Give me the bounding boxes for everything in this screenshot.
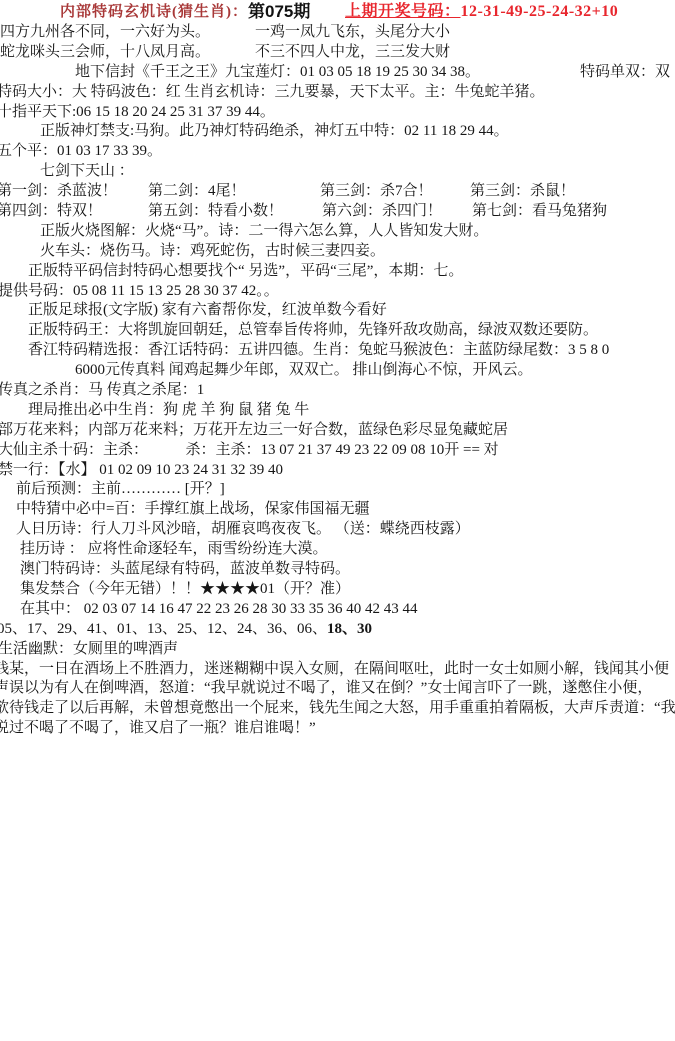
text-line: 七剑下天山 ：	[40, 162, 675, 182]
text-segment: 中特猜中必中=百：手撑红旗上战场，保家伟国福无疆	[16, 501, 369, 517]
text-segment: 火车头：烧伤马。诗：鸡死蛇伤，古时候三妻四妾。	[40, 243, 385, 259]
text-line: 正版足球报(文字版) 家有六畜帮你发，红波单数今看好	[28, 301, 675, 321]
text-line: 集发禁合（今年无错）！！★★★★01（开？准）	[20, 580, 675, 600]
text-segment: 蛇龙咪头三会师，十八凤月高。	[0, 44, 210, 60]
text-line: 正版神灯禁支:马狗。此乃神灯特码绝杀，神灯五中特：02 11 18 29 44。	[40, 122, 675, 142]
text-segment: 禁一行：【水】 01 02 09 10 23 24 31 32 39 40	[0, 462, 283, 478]
text-line: 正版特码王：大将凯旋回朝廷，总管奉旨传将帅，先锋歼敌攻勋高，绿波双数还要防。	[28, 321, 675, 341]
text-line: 挂历诗 ： 应将性命逐轻车，雨雪纷纷连大漠。	[20, 540, 675, 560]
content-lines: 四方九州各不同，一六好为头。一鸡一凤九飞东，头尾分大小蛇龙咪头三会师，十八凤月高…	[0, 23, 675, 739]
text-line: 地下信封《千王之王》九宝莲灯：01 03 05 18 19 25 30 34 3…	[75, 63, 675, 83]
text-segment: 正版火烧图解：火烧“马”。诗：二一得六怎么算，人人皆知发大财。	[40, 223, 488, 239]
text-line: 特码大小：大 特码波色：红 生肖玄机诗：三九要暴，天下太平。主：牛兔蛇羊猪。	[0, 83, 675, 103]
text-line: 说过不喝了不喝了，谁又启了一瓶？谁启谁喝！”	[0, 719, 675, 739]
text-segment: 部万花来料；内部万花来料；万花开左边三一好合数，蓝绿色彩尽显兔藏蛇居	[0, 422, 508, 438]
issue-number: 第075期	[248, 2, 310, 22]
text-segment: 第四剑：特双！	[0, 202, 102, 222]
text-segment: 第三剑：杀鼠！	[470, 182, 575, 202]
text-segment: 一鸡一凤九飞东，头尾分大小	[255, 23, 450, 43]
text-line: 正版火烧图解：火烧“马”。诗：二一得六怎么算，人人皆知发大财。	[40, 222, 675, 242]
text-line: 香江特码精选报：香江话特码：五讲四德。生肖：兔蛇马猴波色：主蓝防绿尾数：3 5 …	[28, 341, 675, 361]
text-line: 澳门特码诗：头蓝尾绿有特码，蓝波单数寻特码。	[20, 560, 675, 580]
text-segment: 第二剑：4尾！	[148, 182, 246, 202]
text-line: 理局推出必中生肖：狗 虎 羊 狗 鼠 猪 兔 牛	[28, 401, 675, 421]
text-line: 传真之杀肖：马 传真之杀尾：1	[0, 381, 675, 401]
text-segment: 在其中： 02 03 07 14 16 47 22 23 26 28 30 33…	[20, 601, 418, 617]
text-segment: 传真之杀肖：马 传真之杀尾：1	[0, 382, 204, 398]
text-segment: 七剑下天山 ：	[40, 163, 134, 179]
text-line: 6000元传真料 闻鸡起舞少年郎，双双亡。 排山倒海心不惊，开风云。	[75, 361, 675, 381]
text-line: 蛇龙咪头三会师，十八凤月高。不三不四人中龙，三三发大财	[0, 43, 675, 63]
text-segment: 人日历诗：行人刀斗风沙暗，胡雁哀鸣夜夜飞。 （送：蝶绕西枝露）	[16, 521, 470, 537]
text-segment: 十指平天下:06 15 18 20 24 25 31 37 39 44。	[0, 104, 275, 120]
text-segment: 声误以为有人在倒啤酒，怒道：“我早就说过不喝了，谁又在倒？”女士闻言吓了一跳，遂…	[0, 680, 652, 696]
text-line: 大仙主杀十码：主杀： 杀：主杀：13 07 21 37 49 23 22 09 …	[0, 441, 675, 461]
text-segment: 第一剑：杀蓝波！	[0, 182, 117, 202]
text-line: 提供号码：05 08 11 15 13 25 28 30 37 42。。	[0, 282, 675, 302]
text-segment: 提供号码：05 08 11 15 13 25 28 30 37 42。。	[0, 283, 279, 299]
text-segment: 6000元传真料 闻鸡起舞少年郎，双双亡。 排山倒海心不惊，开风云。	[75, 362, 533, 378]
text-line: 生活幽默：女厕里的啤酒声	[0, 640, 675, 660]
text-line: 第四剑：特双！第五剑：特看小数！第六剑：杀四门！第七剑：看马兔猪狗	[0, 202, 675, 222]
text-segment: 第五剑：特看小数！	[148, 202, 283, 222]
text-line: 火车头：烧伤马。诗：鸡死蛇伤，古时候三妻四妾。	[40, 242, 675, 262]
header-left-title: 内部特码玄机诗(猜生肖)：	[60, 3, 248, 23]
text-line: 声误以为有人在倒啤酒，怒道：“我早就说过不喝了，谁又在倒？”女士闻言吓了一跳，遂…	[0, 679, 675, 699]
text-line: 正版特平码信封特码心想要找个“ 另选”，平码“三尾”，本期：七。	[28, 262, 675, 282]
text-segment: 正版足球报(文字版) 家有六畜帮你发，红波单数今看好	[28, 302, 387, 318]
text-segment: 前后预测：主前………… [开？]	[16, 481, 225, 497]
text-segment: 钱某，一日在酒场上不胜酒力，迷迷糊糊中误入女厕，在隔间呕吐，此时一女士如厕小解，…	[0, 661, 669, 677]
text-segment: 第七剑：看马兔猪狗	[472, 202, 607, 222]
text-segment: 欲待钱走了以后再解，未曾想竟憋出一个屁来，钱先生闻之大怒，用手重重拍着隔板，大声…	[0, 700, 675, 716]
lottery-tip-sheet: 内部特码玄机诗(猜生肖)： 第075期 上期开奖号码：12-31-49-25-2…	[0, 0, 675, 1041]
text-line: 四方九州各不同，一六好为头。一鸡一凤九飞东，头尾分大小	[0, 23, 675, 43]
text-segment: 特码大小：大 特码波色：红 生肖玄机诗：三九要暴，天下太平。主：牛兔蛇羊猪。	[0, 84, 545, 100]
text-line: 五个平：01 03 17 33 39。	[0, 142, 675, 162]
text-segment: 地下信封《千王之王》九宝莲灯：01 03 05 18 19 25 30 34 3…	[75, 64, 480, 80]
text-line: 禁一行：【水】 01 02 09 10 23 24 31 32 39 40	[0, 461, 675, 481]
text-line: 第一剑：杀蓝波！第二剑：4尾！第三剑：杀7合！第三剑：杀鼠！	[0, 182, 675, 202]
previous-draw-result: 上期开奖号码：12-31-49-25-24-32+10	[345, 2, 618, 22]
text-line: 05、17、29、41、01、13、25、12、24、36、06、18、30	[0, 620, 675, 640]
previous-draw-numbers: 12-31-49-25-24-32+10	[461, 3, 619, 20]
text-line: 部万花来料；内部万花来料；万花开左边三一好合数，蓝绿色彩尽显兔藏蛇居	[0, 421, 675, 441]
text-line: 钱某，一日在酒场上不胜酒力，迷迷糊糊中误入女厕，在隔间呕吐，此时一女士如厕小解，…	[0, 660, 675, 680]
text-segment: 第六剑：杀四门！	[322, 202, 442, 222]
text-segment: 正版特码王：大将凯旋回朝廷，总管奉旨传将帅，先锋歼敌攻勋高，绿波双数还要防。	[28, 322, 598, 338]
text-segment: 正版神灯禁支:马狗。此乃神灯特码绝杀，神灯五中特：02 11 18 29 44。	[40, 123, 509, 139]
text-segment: 不三不四人中龙，三三发大财	[255, 43, 450, 63]
text-segment: 生活幽默：女厕里的啤酒声	[0, 641, 178, 657]
text-segment: 大仙主杀十码：主杀： 杀：主杀：13 07 21 37 49 23 22 09 …	[0, 442, 499, 458]
text-line: 中特猜中必中=百：手撑红旗上战场，保家伟国福无疆	[16, 500, 675, 520]
text-line: 前后预测：主前………… [开？]	[16, 480, 675, 500]
text-line: 欲待钱走了以后再解，未曾想竟憋出一个屁来，钱先生闻之大怒，用手重重拍着隔板，大声…	[0, 699, 675, 719]
text-segment: 05、17、29、41、01、13、25、12、24、36、06、	[0, 621, 327, 637]
text-segment: 香江特码精选报：香江话特码：五讲四德。生肖：兔蛇马猴波色：主蓝防绿尾数：3 5 …	[28, 342, 609, 358]
text-segment: 说过不喝了不喝了，谁又启了一瓶？谁启谁喝！”	[0, 720, 316, 736]
text-segment: 澳门特码诗：头蓝尾绿有特码，蓝波单数寻特码。	[20, 561, 350, 577]
previous-draw-label: 上期开奖号码：	[345, 3, 461, 20]
header-row: 内部特码玄机诗(猜生肖)： 第075期 上期开奖号码：12-31-49-25-2…	[0, 2, 675, 23]
text-segment: 四方九州各不同，一六好为头。	[0, 24, 210, 40]
text-segment: 挂历诗 ： 应将性命逐轻车，雨雪纷纷连大漠。	[20, 541, 328, 557]
text-line: 人日历诗：行人刀斗风沙暗，胡雁哀鸣夜夜飞。 （送：蝶绕西枝露）	[16, 520, 675, 540]
text-segment: 第三剑：杀7合！	[320, 182, 433, 202]
text-segment: 正版特平码信封特码心想要找个“ 另选”，平码“三尾”，本期：七。	[28, 263, 463, 279]
text-segment: 18、30	[327, 621, 372, 637]
text-line: 十指平天下:06 15 18 20 24 25 31 37 39 44。	[0, 103, 675, 123]
text-segment: 特码单双：双	[580, 63, 670, 83]
text-line: 在其中： 02 03 07 14 16 47 22 23 26 28 30 33…	[20, 600, 675, 620]
text-segment: 理局推出必中生肖：狗 虎 羊 狗 鼠 猪 兔 牛	[28, 402, 309, 418]
text-segment: 五个平：01 03 17 33 39。	[0, 143, 162, 159]
text-segment: 集发禁合（今年无错）！！★★★★01（开？准）	[20, 581, 350, 597]
